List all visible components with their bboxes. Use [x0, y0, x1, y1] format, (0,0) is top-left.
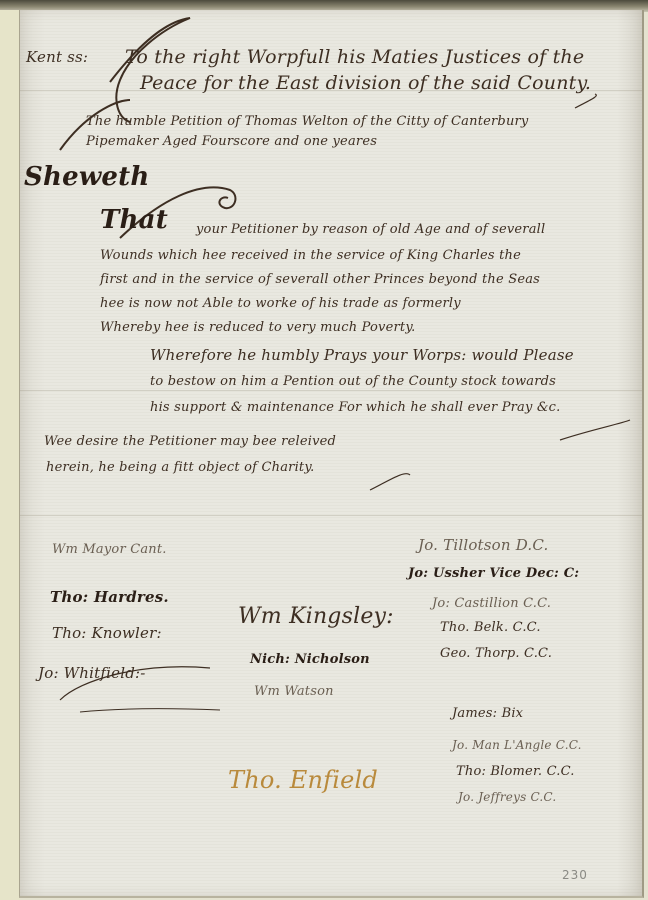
- signature-blomer: Tho: Blomer. C.C.: [456, 764, 575, 779]
- petition-title-line-2: Pipemaker Aged Fourscore and one yeares: [86, 134, 377, 149]
- body-line-5: Whereby hee is reduced to very much Pove…: [100, 320, 416, 335]
- prayer-line-2: to bestow on him a Pention out of the Co…: [150, 374, 556, 389]
- signature-ussher: Jo: Ussher Vice Dec: C:: [408, 566, 579, 581]
- signature-bix: James: Bix: [452, 706, 523, 721]
- signature-whitfield: Jo: Whitfield:-: [38, 664, 146, 682]
- signature-nicholson: Nich: Nicholson: [250, 652, 370, 667]
- folio-number: 230: [562, 868, 588, 882]
- signature-hardres: Tho: Hardres.: [50, 588, 169, 606]
- prayer-line-1: Wherefore he humbly Prays your Worps: wo…: [150, 346, 574, 364]
- signature-langle: Jo. Man L'Angle C.C.: [452, 738, 582, 752]
- signature-kingsley: Wm Kingsley:: [238, 604, 394, 629]
- signature-thorp: Geo. Thorp. C.C.: [440, 646, 552, 661]
- petition-title-line-1: The humble Petition of Thomas Welton of …: [86, 114, 528, 129]
- signature-belk: Tho. Belk. C.C.: [440, 620, 541, 635]
- signature-jeffreys: Jo. Jeffreys C.C.: [458, 790, 556, 804]
- address-line-1: To the right Worpfull his Maties Justice…: [125, 46, 584, 68]
- signature-enfield-gold: Tho. Enfield: [228, 766, 378, 794]
- signature-watson: Wm Watson: [254, 684, 334, 699]
- prayer-line-3: his support & maintenance For which he s…: [150, 400, 560, 415]
- county-heading: Kent ss:: [26, 48, 88, 66]
- body-line-3: first and in the service of severall oth…: [100, 272, 540, 287]
- body-opening-that: That: [100, 205, 168, 235]
- signature-mayor: Wm Mayor Cant.: [52, 542, 167, 557]
- recommendation-line-2: herein, he being a fitt object of Charit…: [46, 460, 315, 475]
- body-line-1: your Petitioner by reason of old Age and…: [196, 222, 545, 237]
- body-line-4: hee is now not Able to worke of his trad…: [100, 296, 461, 311]
- signature-knowler: Tho: Knowler:: [52, 624, 162, 642]
- recommendation-line-1: Wee desire the Petitioner may bee releiv…: [44, 434, 336, 449]
- sheweth-heading: Sheweth: [24, 162, 149, 192]
- body-line-2: Wounds which hee received in the service…: [100, 248, 521, 263]
- address-line-2: Peace for the East division of the said …: [140, 72, 591, 94]
- signature-castillion: Jo: Castillion C.C.: [432, 596, 551, 611]
- signature-tillotson: Jo. Tillotson D.C.: [418, 536, 549, 554]
